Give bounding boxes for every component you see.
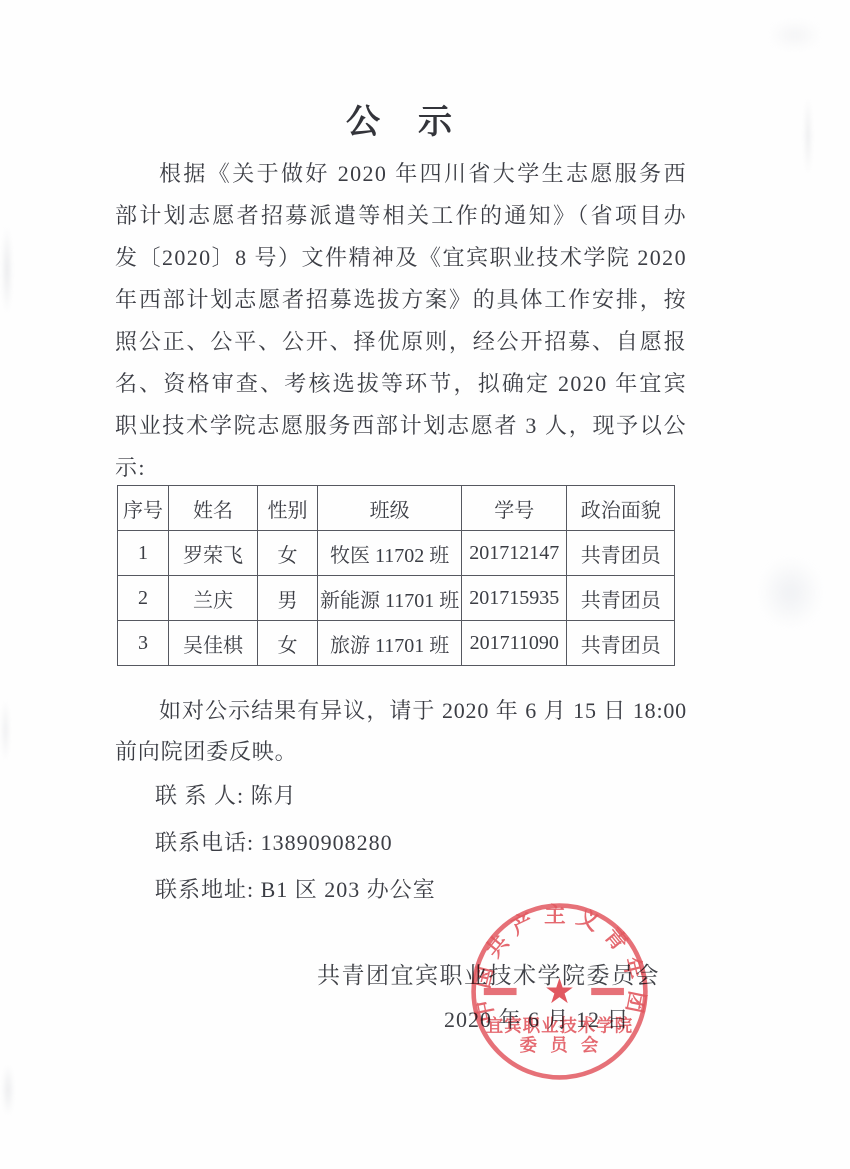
table-row: 3 吴佳棋 女 旅游 11701 班 201711090 共青团员 — [118, 621, 675, 666]
scan-artifact — [0, 688, 11, 773]
cell-political-status: 共青团员 — [567, 531, 675, 576]
contact-phone: 联系电话: 13890908280 — [155, 819, 436, 866]
document-title: 公 示 — [115, 94, 685, 143]
table-row: 2 兰庆 男 新能源 11701 班 201715935 共青团员 — [118, 576, 675, 621]
column-header-index: 序号 — [118, 486, 169, 531]
table-row: 1 罗荣飞 女 牧医 11702 班 201712147 共青团员 — [118, 531, 675, 576]
cell-index: 1 — [118, 531, 169, 576]
seal-org-line1: 宜宾职业技术学院 — [486, 1015, 633, 1035]
body-paragraph-intro: 根据《关于做好 2020 年四川省大学生志愿服务西部计划志愿者招募派遣等相关工作… — [115, 153, 687, 489]
scan-artifact — [0, 1055, 16, 1125]
column-header-name: 姓名 — [169, 486, 258, 531]
official-seal: 中国共产主义青年团 ★ 宜宾职业技术学院 委员会 — [447, 879, 672, 1104]
cell-gender: 男 — [258, 576, 318, 621]
column-header-political-status: 政治面貌 — [567, 486, 675, 531]
document-page: 公 示 根据《关于做好 2020 年四川省大学生志愿服务西部计划志愿者招募派遣等… — [0, 0, 850, 1169]
cell-name: 罗荣飞 — [169, 531, 258, 576]
column-header-student-id: 学号 — [462, 486, 567, 531]
scan-artifact — [748, 545, 833, 640]
cell-gender: 女 — [258, 621, 318, 666]
cell-student-id: 201711090 — [462, 621, 567, 666]
table-header-row: 序号 姓名 性别 班级 学号 政治面貌 — [118, 486, 675, 531]
cell-political-status: 共青团员 — [567, 576, 675, 621]
volunteer-roster-table: 序号 姓名 性别 班级 学号 政治面貌 1 罗荣飞 女 牧医 11702 班 2… — [117, 485, 675, 666]
cell-name: 兰庆 — [169, 576, 258, 621]
seal-left-bar — [484, 988, 517, 995]
cell-name: 吴佳棋 — [169, 621, 258, 666]
scan-artifact — [0, 210, 14, 330]
contact-block: 联 系 人: 陈月 联系电话: 13890908280 联系地址: B1 区 2… — [155, 772, 436, 913]
cell-political-status: 共青团员 — [567, 621, 675, 666]
column-header-class: 班级 — [318, 486, 462, 531]
contact-address: 联系地址: B1 区 203 办公室 — [155, 866, 436, 913]
cell-index: 2 — [118, 576, 169, 621]
seal-right-bar — [591, 988, 624, 995]
cell-student-id: 201715935 — [462, 576, 567, 621]
seal-org-line2: 委员会 — [520, 1035, 612, 1055]
scan-artifact — [803, 86, 813, 186]
cell-index: 3 — [118, 621, 169, 666]
contact-person: 联 系 人: 陈月 — [155, 772, 436, 819]
scan-artifact — [760, 15, 830, 55]
cell-student-id: 201712147 — [462, 531, 567, 576]
cell-class: 旅游 11701 班 — [318, 621, 462, 666]
column-header-gender: 性别 — [258, 486, 318, 531]
cell-gender: 女 — [258, 531, 318, 576]
cell-class: 新能源 11701 班 — [318, 576, 462, 621]
cell-class: 牧医 11702 班 — [318, 531, 462, 576]
body-paragraph-objection: 如对公示结果有异议，请于 2020 年 6 月 15 日 18:00 前向院团委… — [115, 690, 687, 772]
seal-star-icon: ★ — [544, 973, 575, 1011]
